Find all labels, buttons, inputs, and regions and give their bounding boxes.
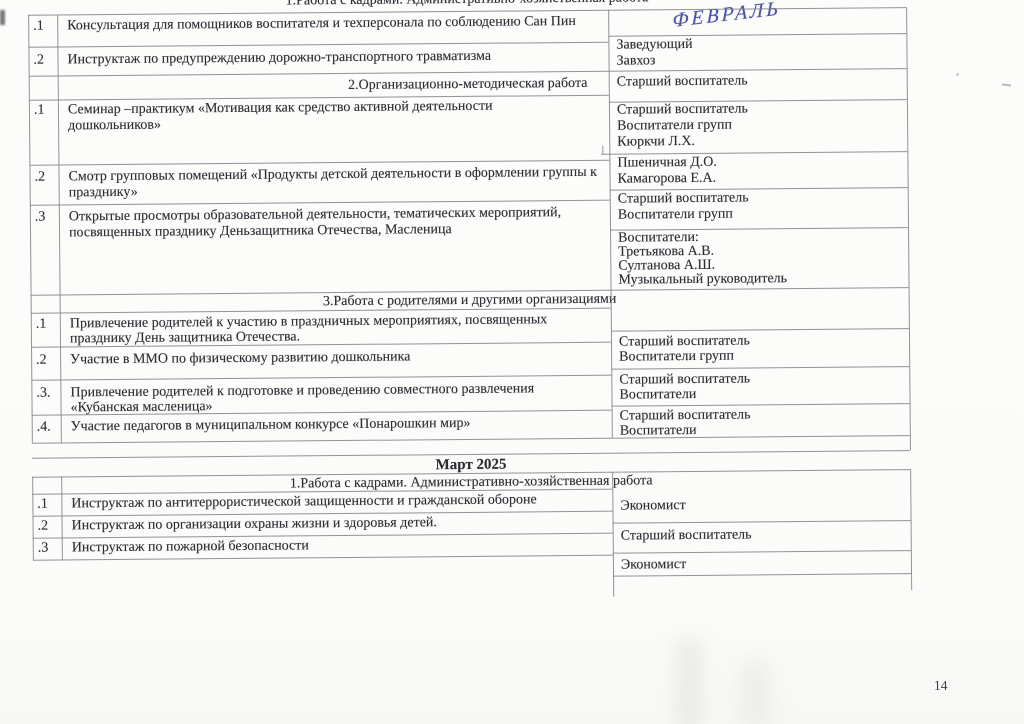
responsible-cell: Старший воспитатель	[621, 526, 901, 544]
responsible-cell: Старший воспитатель Воспитатели групп	[619, 332, 899, 364]
table-line	[602, 146, 603, 155]
table-line	[31, 375, 611, 381]
table-line	[611, 366, 909, 370]
activity-cell: Семинар –практикум «Мотивация как средст…	[68, 98, 573, 134]
table-line	[608, 10, 613, 438]
row-number: .1	[36, 317, 47, 333]
table-line	[32, 435, 910, 444]
table-line	[612, 472, 614, 597]
table-line	[613, 573, 911, 577]
scan-artifact	[0, 10, 5, 25]
scan-artifact	[956, 73, 959, 76]
activity-cell: Инструктаж по предупреждению дорожно-тра…	[67, 48, 602, 69]
table-line	[28, 15, 33, 443]
row-number: .2	[33, 53, 44, 69]
row-number: .3	[35, 210, 46, 226]
responsible-cell: Старший воспитатель Воспитатели групп	[618, 189, 898, 223]
activity-cell: Привлечение родителей к участию в праздн…	[70, 312, 560, 346]
row-number: .1	[34, 103, 45, 119]
table-line	[906, 7, 911, 450]
activity-cell: Инструктаж по организации охраны жизни и…	[72, 514, 612, 535]
responsible-cell: Экономист	[621, 555, 901, 573]
responsible-cell: Старший воспитатель Воспитатели	[620, 406, 900, 438]
activity-cell: Консультация для помощников воспитателя …	[67, 14, 602, 35]
responsible-cell: Экономист	[620, 496, 900, 514]
row-number: .1	[37, 497, 48, 513]
activity-cell: Участие в ММО по физическому развитию до…	[70, 348, 590, 369]
table-line	[611, 328, 909, 332]
row-number: .1	[33, 19, 44, 35]
row-number: .3	[38, 541, 49, 557]
scan-artifact	[740, 660, 770, 724]
responsible-cell: Пшеничная Д.О. Камагорова Е.А.	[617, 153, 897, 187]
row-number: .4.	[37, 420, 51, 436]
activity-cell: Открытые просмотры образовательной деяте…	[69, 205, 584, 241]
activity-cell: Инструктаж по антитеррористической защищ…	[71, 492, 611, 513]
row-number: .3.	[36, 386, 50, 402]
table-line	[57, 14, 62, 442]
page-number: 14	[934, 678, 948, 694]
scanned-page: 1.Работа с кадрами. Административно-хозя…	[0, 0, 1024, 724]
table-line	[613, 550, 911, 554]
activity-cell: Участие педагогов в муниципальном конкур…	[71, 415, 591, 436]
table-line	[910, 469, 912, 590]
table-line	[28, 42, 608, 48]
responsible-cell: Старший воспитатель Воспитатели	[619, 370, 899, 402]
row-number: .2	[38, 519, 49, 535]
scan-artifact	[676, 640, 702, 724]
section-title: 2.Организационно-методическая работа	[29, 73, 907, 97]
activity-cell: Инструктаж по пожарной безопасности	[72, 536, 612, 557]
row-number: .2	[36, 353, 47, 369]
activity-cell: Смотр групповых помещений «Продукты детс…	[68, 165, 608, 202]
row-number: .2	[34, 170, 45, 186]
table-line	[613, 520, 911, 524]
responsible-cell: Заведующий Завхоз	[616, 35, 896, 69]
responsible-cell: Воспитатели: Третьякова А.В. Султанова А…	[618, 229, 898, 287]
responsible-cell: Старший воспитатель Воспитатели групп Кю…	[617, 100, 897, 150]
